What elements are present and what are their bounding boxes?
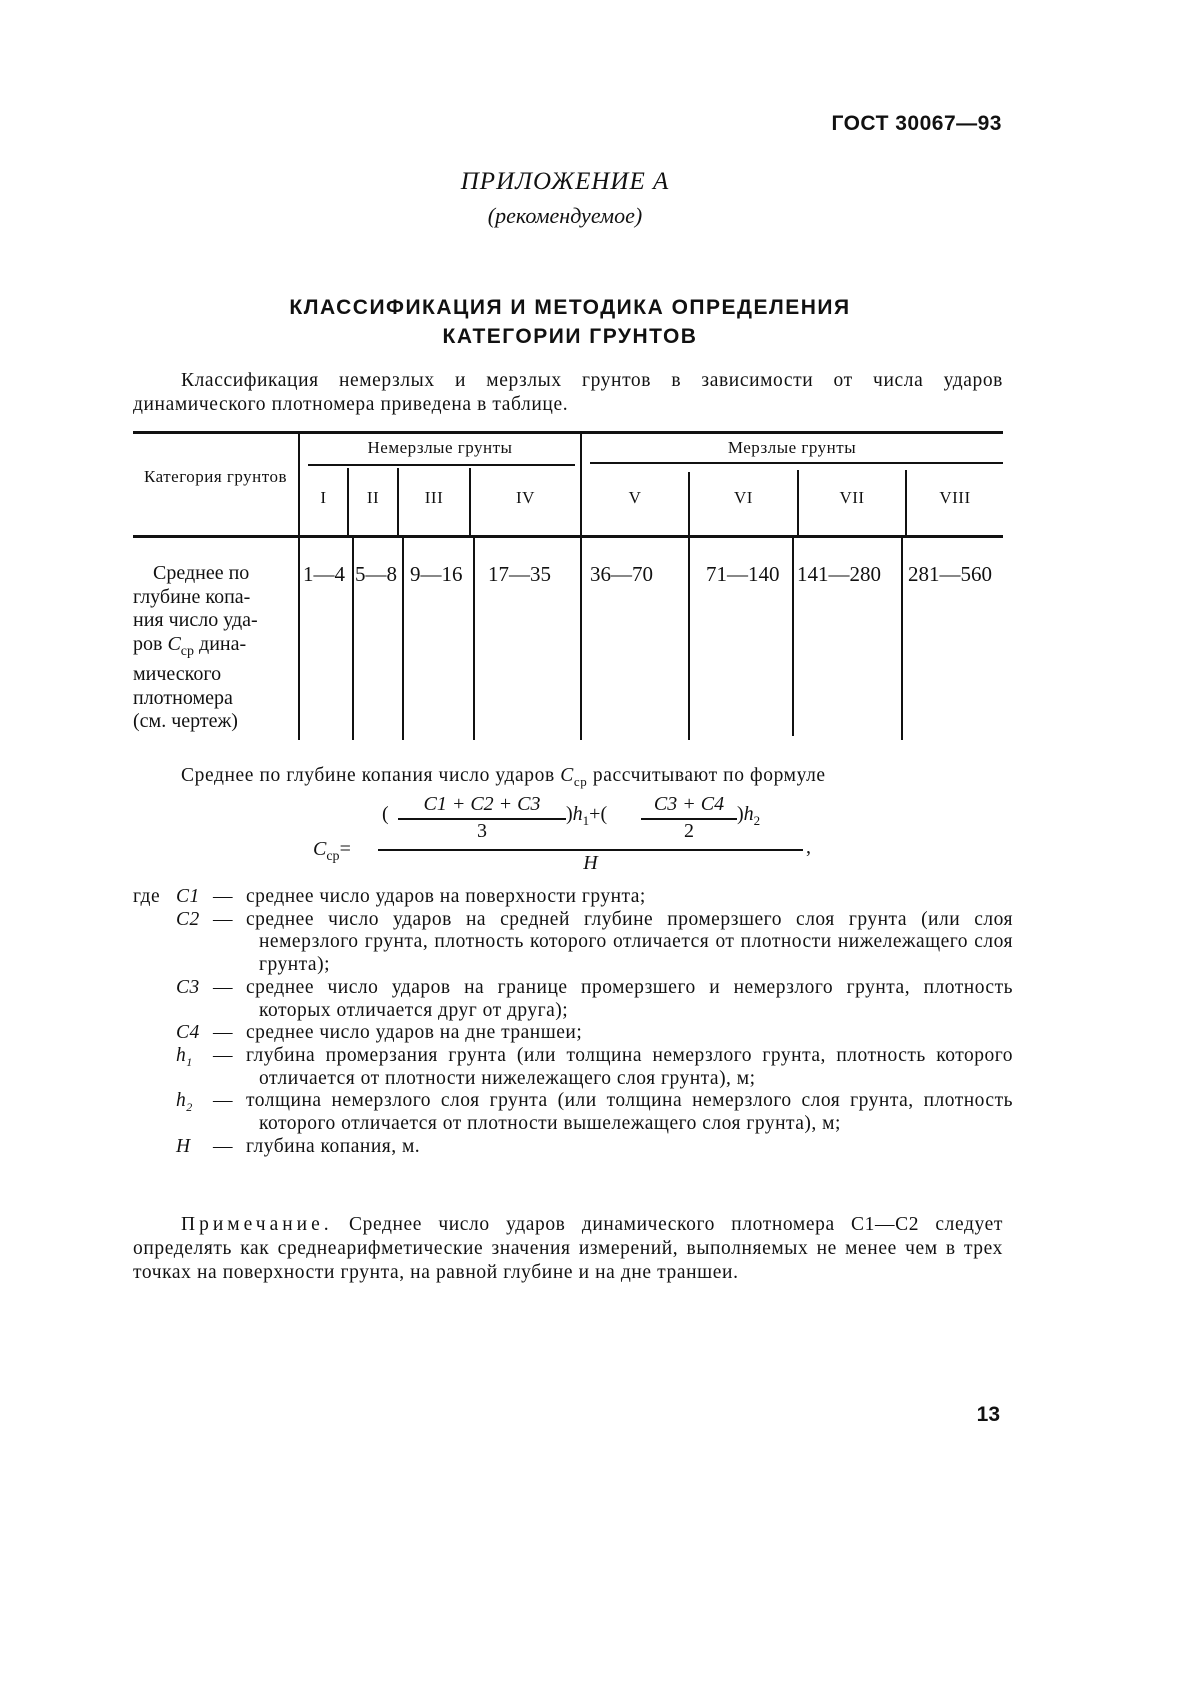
divider xyxy=(473,538,475,740)
table-cell-value: 36—70 xyxy=(590,562,653,587)
row-label: Среднее по глубине копа- ния число уда- … xyxy=(133,562,293,734)
definition-text: среднее число ударов на границе промерзш… xyxy=(259,977,1013,1022)
divider xyxy=(402,538,404,740)
category-header: V xyxy=(582,488,688,508)
header-bottom-rule xyxy=(133,535,1003,538)
table-cell-value: 141—280 xyxy=(797,562,881,587)
symbol: C xyxy=(167,633,180,655)
table-top-rule xyxy=(133,431,1003,434)
definition-item: C2 — среднее число ударов на средней глу… xyxy=(133,909,1013,977)
formula-intro-text: Среднее по глубине копания число ударов xyxy=(181,765,560,786)
fraction2-numerator: C3 + C4 xyxy=(641,793,737,816)
row-label-line: плотномера xyxy=(133,687,293,711)
row-label-line: ров Cср дина- xyxy=(133,633,293,664)
definition-symbol: C1 xyxy=(176,886,200,909)
note-paragraph: Примечание. Среднее число ударов динамич… xyxy=(133,1213,1003,1285)
symbol: C xyxy=(560,765,574,786)
h1-term: )h1+( xyxy=(566,803,607,829)
group-rule-frozen xyxy=(590,462,1003,464)
intro-paragraph: Классификация немерзлых и мерзлых грунто… xyxy=(133,369,1003,417)
category-header: I xyxy=(300,488,347,508)
divider xyxy=(901,538,903,740)
row-label-text: дина- xyxy=(194,633,246,655)
definition-text: толщина немерзлого слоя грунта (или толщ… xyxy=(259,1090,1013,1135)
row-label-line: мического xyxy=(133,663,293,687)
formula-intro: Среднее по глубине копания число ударов … xyxy=(133,765,1003,790)
definition-item: C4 — среднее число ударов на дне траншеи… xyxy=(133,1022,1013,1045)
row-label-line: ния число уда- xyxy=(133,609,293,633)
subscript: ср xyxy=(181,644,194,659)
definition-item: H — глубина копания, м. xyxy=(133,1136,1013,1159)
table-cell-value: 9—16 xyxy=(410,562,463,587)
divider xyxy=(688,538,690,740)
group-header-unfrozen: Немерзлые грунты xyxy=(300,438,580,458)
main-fraction-bar xyxy=(378,849,803,851)
divider xyxy=(298,538,300,740)
definition-symbol: C4 xyxy=(176,1022,200,1045)
standard-number: ГОСТ 30067—93 xyxy=(820,112,1002,136)
definition-symbol: C2 xyxy=(176,909,200,932)
divider xyxy=(580,538,582,740)
definition-text: среднее число ударов на дне траншеи; xyxy=(259,1022,1013,1045)
definition-item: C3 — среднее число ударов на границе про… xyxy=(133,977,1013,1022)
table-cell-value: 5—8 xyxy=(355,562,397,587)
subscript: 2 xyxy=(186,1100,193,1114)
group-rule-unfrozen xyxy=(308,464,575,466)
symbol: h xyxy=(744,803,754,825)
category-header: IV xyxy=(471,488,580,508)
subscript: 1 xyxy=(583,813,590,828)
fraction1-denominator: 3 xyxy=(398,820,566,843)
definition-item: где C1 — среднее число ударов на поверхн… xyxy=(133,886,1013,909)
formula-intro-text: рассчитывают по формуле xyxy=(587,765,825,786)
definition-item: h2 — толщина немерзлого слоя грунта (или… xyxy=(133,1090,1013,1135)
definitions-lead: где xyxy=(133,886,160,909)
symbol: h xyxy=(176,1090,186,1111)
appendix-status: (рекомендуемое) xyxy=(0,203,1130,229)
table-cell-value: 17—35 xyxy=(488,562,551,587)
definition-text: среднее число ударов на поверхности грун… xyxy=(246,886,1013,909)
definition-text: среднее число ударов на средней глубине … xyxy=(259,909,1013,977)
definition-text: глубина промерзания грунта (или толщина … xyxy=(259,1045,1013,1090)
page-number: 13 xyxy=(960,1403,1000,1427)
table-cell-value: 71—140 xyxy=(706,562,780,587)
definition-item: h1 — глубина промерзания грунта (или тол… xyxy=(133,1045,1013,1090)
divider xyxy=(352,538,354,740)
category-header: VII xyxy=(799,488,905,508)
category-header: II xyxy=(349,488,397,508)
definition-symbol: h1 xyxy=(176,1045,193,1074)
appendix-title: ПРИЛОЖЕНИЕ А xyxy=(0,168,1130,196)
section-title-line-2: КАТЕГОРИИ ГРУНТОВ xyxy=(0,325,1140,349)
fraction2-denominator: 2 xyxy=(641,820,737,843)
symbol: C xyxy=(313,838,326,860)
definition-symbol: C3 xyxy=(176,977,200,1000)
group-header-frozen: Мерзлые грунты xyxy=(582,438,1002,458)
subscript: ср xyxy=(574,774,587,789)
category-header: III xyxy=(399,488,469,508)
fraction1-numerator: C1 + C2 + C3 xyxy=(398,793,566,816)
symbol: h xyxy=(176,1045,186,1066)
definitions-list: где C1 — среднее число ударов на поверхн… xyxy=(133,886,1013,1158)
subscript: 1 xyxy=(186,1055,193,1069)
category-header: VIII xyxy=(907,488,1003,508)
note-label: Примечание. xyxy=(181,1214,333,1235)
section-title-line-1: КЛАССИФИКАЦИЯ И МЕТОДИКА ОПРЕДЕЛЕНИЯ xyxy=(0,296,1140,320)
row-label-line: Среднее по xyxy=(133,562,293,586)
definition-symbol: h2 xyxy=(176,1090,193,1119)
subscript: ср xyxy=(326,849,339,864)
subscript: 2 xyxy=(754,813,761,828)
formula-lhs: Cср= xyxy=(313,838,351,865)
divider xyxy=(792,538,794,736)
row-label-line: (см. чертеж) xyxy=(133,710,293,734)
formula-denominator: H xyxy=(378,852,803,875)
definition-text: глубина копания, м. xyxy=(246,1136,1013,1159)
table-cell-value: 281—560 xyxy=(908,562,992,587)
row-header: Категория грунтов xyxy=(133,466,298,488)
row-label-line: глубине копа- xyxy=(133,586,293,610)
category-header: VI xyxy=(690,488,797,508)
definition-symbol: H xyxy=(176,1136,191,1159)
h2-term: )h2 xyxy=(737,803,760,829)
table-cell-value: 1—4 xyxy=(303,562,345,587)
symbol: h xyxy=(573,803,583,825)
